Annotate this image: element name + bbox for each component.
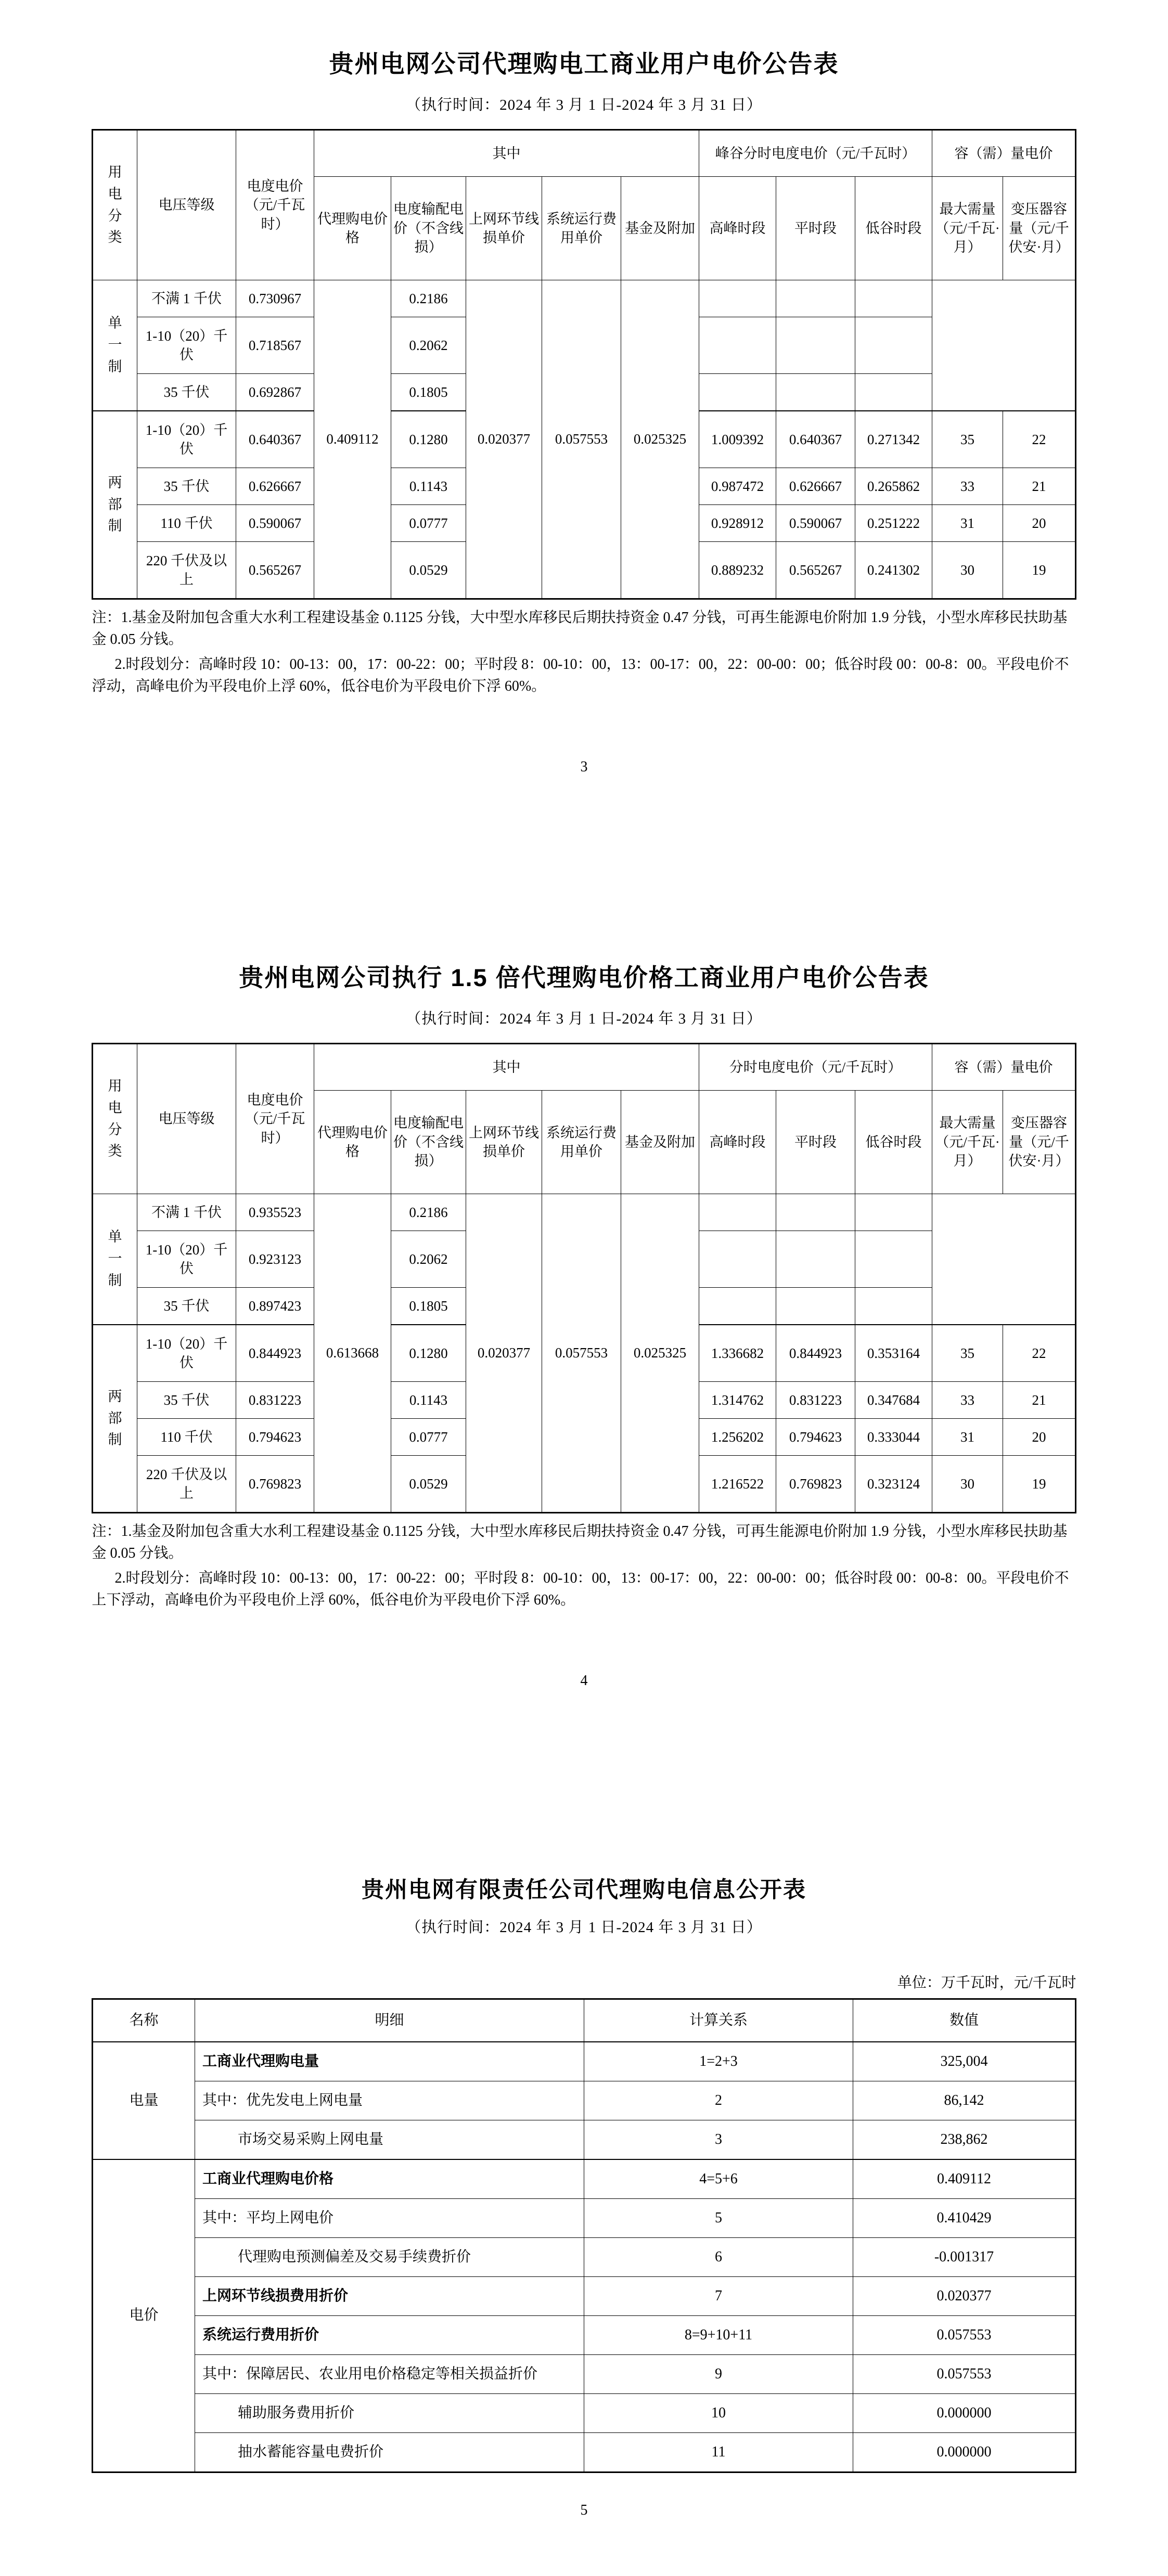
note-1: 注：1.基金及附加包含重大水利工程建设基金 0.1125 分钱，大中型水库移民后… bbox=[92, 1521, 1076, 1564]
cell-value: 0.057553 bbox=[853, 2355, 1076, 2394]
th-valley: 低谷时段 bbox=[855, 177, 932, 280]
cell-demand: 35 bbox=[932, 411, 1003, 468]
cell-flat: 0.831223 bbox=[776, 1382, 855, 1419]
cell-voltage: 不满 1 千伏 bbox=[137, 1194, 236, 1231]
cell-td: 0.0529 bbox=[391, 542, 466, 599]
group-single: 单一制 bbox=[92, 280, 137, 411]
cell-voltage: 110 千伏 bbox=[137, 505, 236, 542]
cell-value: 0.020377 bbox=[853, 2277, 1076, 2316]
cell-demand: 30 bbox=[932, 1456, 1003, 1513]
cell-peak: 0.928912 bbox=[699, 505, 776, 542]
cell-price: 0.831223 bbox=[236, 1382, 314, 1419]
cell-valley: 0.323124 bbox=[855, 1456, 932, 1513]
cell-detail: 市场交易采购上网电量 bbox=[195, 2120, 584, 2160]
cell-transformer: 21 bbox=[1003, 468, 1076, 505]
cell-value: 0.057553 bbox=[853, 2316, 1076, 2355]
cell-voltage: 1-10（20）千伏 bbox=[137, 411, 236, 468]
cell-value: -0.001317 bbox=[853, 2238, 1076, 2277]
cell-relation: 7 bbox=[584, 2277, 853, 2316]
th-user-class: 用电分类 bbox=[92, 130, 137, 280]
cell-value: 86,142 bbox=[853, 2081, 1076, 2120]
cell-peak: 1.009392 bbox=[699, 411, 776, 468]
info-table: 名称 明细 计算关系 数值 电量 工商业代理购电量 1=2+3 325,004 … bbox=[92, 1998, 1076, 2473]
th-voltage: 电压等级 bbox=[137, 1044, 236, 1194]
price-table-2: 用电分类 电压等级 电度电价（元/千瓦时） 其中 分时电度电价（元/千瓦时） 容… bbox=[92, 1043, 1076, 1513]
unit-label: 单位：万千瓦时，元/千瓦时 bbox=[92, 1971, 1076, 1992]
table1-subtitle: （执行时间：2024 年 3 月 1 日-2024 年 3 月 31 日） bbox=[0, 93, 1168, 114]
th-name: 名称 bbox=[93, 1999, 195, 2042]
cell-td: 0.0529 bbox=[391, 1456, 466, 1513]
cell-valley bbox=[855, 374, 932, 411]
cell-peak: 1.314762 bbox=[699, 1382, 776, 1419]
th-voltage: 电压等级 bbox=[137, 130, 236, 280]
cell-demand: 30 bbox=[932, 542, 1003, 599]
cell-valley: 0.347684 bbox=[855, 1382, 932, 1419]
cell-value: 0.410429 bbox=[853, 2199, 1076, 2238]
cell-demand: 31 bbox=[932, 1419, 1003, 1456]
cell-price: 0.730967 bbox=[236, 280, 314, 317]
cell-valley bbox=[855, 317, 932, 374]
th-fund: 基金及附加 bbox=[621, 177, 699, 280]
cell-price: 0.590067 bbox=[236, 505, 314, 542]
th-agency-price: 代理购电价格 bbox=[314, 1091, 391, 1194]
cell-valley: 0.251222 bbox=[855, 505, 932, 542]
cell-demand: 33 bbox=[932, 1382, 1003, 1419]
cell-transformer: 20 bbox=[1003, 1419, 1076, 1456]
table1-title: 贵州电网公司代理购电工商业用户电价公告表 bbox=[0, 45, 1168, 80]
cell-sysop-merged: 0.057553 bbox=[542, 1194, 621, 1513]
cell-peak bbox=[699, 1194, 776, 1231]
cell-voltage: 1-10（20）千伏 bbox=[137, 1231, 236, 1288]
cell-capacity-empty bbox=[932, 1194, 1076, 1325]
cell-peak: 0.987472 bbox=[699, 468, 776, 505]
cell-td: 0.2062 bbox=[391, 317, 466, 374]
cell-detail: 工商业代理购电量 bbox=[195, 2042, 584, 2081]
cell-detail: 系统运行费用折价 bbox=[195, 2316, 584, 2355]
cell-transformer: 19 bbox=[1003, 1456, 1076, 1513]
group-energy: 电量 bbox=[93, 2042, 195, 2159]
th-sys-op: 系统运行费用单价 bbox=[542, 1091, 621, 1194]
cell-voltage: 1-10（20）千伏 bbox=[137, 317, 236, 374]
cell-voltage: 220 千伏及以上 bbox=[137, 542, 236, 599]
page-number-3: 3 bbox=[0, 759, 1168, 775]
cell-valley bbox=[855, 1288, 932, 1325]
cell-peak bbox=[699, 1231, 776, 1288]
cell-relation: 8=9+10+11 bbox=[584, 2316, 853, 2355]
price-table-1: 用电分类 电压等级 电度电价（元/千瓦时） 其中 峰谷分时电度电价（元/千瓦时）… bbox=[92, 129, 1076, 600]
cell-peak bbox=[699, 374, 776, 411]
cell-detail: 辅助服务费用折价 bbox=[195, 2394, 584, 2433]
cell-flat: 0.565267 bbox=[776, 542, 855, 599]
cell-flat: 0.626667 bbox=[776, 468, 855, 505]
cell-demand: 31 bbox=[932, 505, 1003, 542]
note-2: 2.时段划分：高峰时段 10：00-13：00，17：00-22：00；平时段 … bbox=[92, 654, 1076, 697]
th-energy-price: 电度电价（元/千瓦时） bbox=[236, 1044, 314, 1194]
cell-flat bbox=[776, 1194, 855, 1231]
cell-td: 0.1143 bbox=[391, 468, 466, 505]
cell-sysop-merged: 0.057553 bbox=[542, 280, 621, 599]
note-1: 注：1.基金及附加包含重大水利工程建设基金 0.1125 分钱，大中型水库移民后… bbox=[92, 607, 1076, 651]
cell-fund-merged: 0.025325 bbox=[621, 1194, 699, 1513]
cell-valley: 0.333044 bbox=[855, 1419, 932, 1456]
cell-flat bbox=[776, 280, 855, 317]
page-number-4: 4 bbox=[0, 1673, 1168, 1689]
th-sys-op: 系统运行费用单价 bbox=[542, 177, 621, 280]
cell-flat: 0.769823 bbox=[776, 1456, 855, 1513]
th-valley: 低谷时段 bbox=[855, 1091, 932, 1194]
cell-td: 0.1143 bbox=[391, 1382, 466, 1419]
th-td-price: 电度输配电价（不含线损） bbox=[391, 1091, 466, 1194]
cell-voltage: 不满 1 千伏 bbox=[137, 280, 236, 317]
cell-lineloss-merged: 0.020377 bbox=[466, 280, 542, 599]
cell-detail: 上网环节线损费用折价 bbox=[195, 2277, 584, 2316]
cell-peak: 1.256202 bbox=[699, 1419, 776, 1456]
cell-voltage: 1-10（20）千伏 bbox=[137, 1325, 236, 1382]
cell-voltage: 35 千伏 bbox=[137, 374, 236, 411]
cell-peak: 1.216522 bbox=[699, 1456, 776, 1513]
cell-agency-merged: 0.409112 bbox=[314, 280, 391, 599]
cell-relation: 10 bbox=[584, 2394, 853, 2433]
th-flat: 平时段 bbox=[776, 1091, 855, 1194]
cell-valley bbox=[855, 1231, 932, 1288]
cell-price: 0.844923 bbox=[236, 1325, 314, 1382]
cell-value: 325,004 bbox=[853, 2042, 1076, 2081]
cell-voltage: 35 千伏 bbox=[137, 1288, 236, 1325]
cell-relation: 11 bbox=[584, 2433, 853, 2473]
cell-capacity-empty bbox=[932, 280, 1076, 411]
cell-relation: 5 bbox=[584, 2199, 853, 2238]
cell-flat: 0.844923 bbox=[776, 1325, 855, 1382]
cell-flat bbox=[776, 374, 855, 411]
cell-value: 0.000000 bbox=[853, 2433, 1076, 2473]
table3-title: 贵州电网有限责任公司代理购电信息公开表 bbox=[0, 1872, 1168, 1904]
cell-price: 0.640367 bbox=[236, 411, 314, 468]
th-flat: 平时段 bbox=[776, 177, 855, 280]
cell-transformer: 21 bbox=[1003, 1382, 1076, 1419]
cell-td: 0.2186 bbox=[391, 280, 466, 317]
cell-td: 0.2062 bbox=[391, 1231, 466, 1288]
th-capacity-group: 容（需）量电价 bbox=[932, 130, 1076, 177]
cell-price: 0.626667 bbox=[236, 468, 314, 505]
cell-price: 0.794623 bbox=[236, 1419, 314, 1456]
th-fund: 基金及附加 bbox=[621, 1091, 699, 1194]
th-max-demand: 最大需量（元/千瓦·月） bbox=[932, 1091, 1003, 1194]
page-number-5: 5 bbox=[0, 2502, 1168, 2576]
cell-transformer: 22 bbox=[1003, 411, 1076, 468]
group-two-part: 两部制 bbox=[92, 411, 137, 599]
th-detail: 明细 bbox=[195, 1999, 584, 2042]
cell-voltage: 110 千伏 bbox=[137, 1419, 236, 1456]
cell-peak bbox=[699, 280, 776, 317]
cell-relation: 9 bbox=[584, 2355, 853, 2394]
th-capacity-group: 容（需）量电价 bbox=[932, 1044, 1076, 1091]
cell-fund-merged: 0.025325 bbox=[621, 280, 699, 599]
cell-td: 0.1280 bbox=[391, 411, 466, 468]
cell-agency-merged: 0.613668 bbox=[314, 1194, 391, 1513]
cell-flat bbox=[776, 1231, 855, 1288]
cell-price: 0.692867 bbox=[236, 374, 314, 411]
cell-td: 0.2186 bbox=[391, 1194, 466, 1231]
cell-flat bbox=[776, 317, 855, 374]
cell-value: 0.409112 bbox=[853, 2159, 1076, 2199]
cell-td: 0.1805 bbox=[391, 374, 466, 411]
th-among: 其中 bbox=[314, 1044, 699, 1091]
cell-voltage: 35 千伏 bbox=[137, 468, 236, 505]
table2-title: 贵州电网公司执行 1.5 倍代理购电价格工商业用户电价公告表 bbox=[0, 959, 1168, 993]
cell-price: 0.718567 bbox=[236, 317, 314, 374]
cell-detail: 代理购电预测偏差及交易手续费折价 bbox=[195, 2238, 584, 2277]
th-peak: 高峰时段 bbox=[699, 1091, 776, 1194]
cell-td: 0.1280 bbox=[391, 1325, 466, 1382]
cell-detail: 其中：优先发电上网电量 bbox=[195, 2081, 584, 2120]
table1-notes: 注：1.基金及附加包含重大水利工程建设基金 0.1125 分钱，大中型水库移民后… bbox=[92, 607, 1076, 697]
cell-demand: 35 bbox=[932, 1325, 1003, 1382]
cell-detail: 工商业代理购电价格 bbox=[195, 2159, 584, 2199]
cell-relation: 3 bbox=[584, 2120, 853, 2160]
cell-valley bbox=[855, 1194, 932, 1231]
cell-voltage: 35 千伏 bbox=[137, 1382, 236, 1419]
group-price: 电价 bbox=[93, 2159, 195, 2473]
cell-valley: 0.265862 bbox=[855, 468, 932, 505]
cell-voltage: 220 千伏及以上 bbox=[137, 1456, 236, 1513]
cell-flat: 0.640367 bbox=[776, 411, 855, 468]
cell-price: 0.923123 bbox=[236, 1231, 314, 1288]
cell-relation: 2 bbox=[584, 2081, 853, 2120]
group-two-part: 两部制 bbox=[92, 1325, 137, 1513]
cell-relation: 6 bbox=[584, 2238, 853, 2277]
cell-peak bbox=[699, 317, 776, 374]
cell-td: 0.0777 bbox=[391, 1419, 466, 1456]
cell-flat: 0.794623 bbox=[776, 1419, 855, 1456]
th-among: 其中 bbox=[314, 130, 699, 177]
cell-transformer: 20 bbox=[1003, 505, 1076, 542]
table2-subtitle: （执行时间：2024 年 3 月 1 日-2024 年 3 月 31 日） bbox=[0, 1007, 1168, 1028]
cell-value: 0.000000 bbox=[853, 2394, 1076, 2433]
table3-subtitle: （执行时间：2024 年 3 月 1 日-2024 年 3 月 31 日） bbox=[0, 1915, 1168, 1937]
cell-lineloss-merged: 0.020377 bbox=[466, 1194, 542, 1513]
th-line-loss: 上网环节线损单价 bbox=[466, 177, 542, 280]
table2-notes: 注：1.基金及附加包含重大水利工程建设基金 0.1125 分钱，大中型水库移民后… bbox=[92, 1521, 1076, 1611]
cell-transformer: 22 bbox=[1003, 1325, 1076, 1382]
cell-relation: 1=2+3 bbox=[584, 2042, 853, 2081]
cell-valley: 0.271342 bbox=[855, 411, 932, 468]
cell-detail: 抽水蓄能容量电费折价 bbox=[195, 2433, 584, 2473]
cell-demand: 33 bbox=[932, 468, 1003, 505]
th-value: 数值 bbox=[853, 1999, 1076, 2042]
cell-detail: 其中：保障居民、农业用电价格稳定等相关损益折价 bbox=[195, 2355, 584, 2394]
th-tou-group: 分时电度电价（元/千瓦时） bbox=[699, 1044, 932, 1091]
th-tou-group: 峰谷分时电度电价（元/千瓦时） bbox=[699, 130, 932, 177]
th-peak: 高峰时段 bbox=[699, 177, 776, 280]
cell-flat bbox=[776, 1288, 855, 1325]
cell-detail: 其中：平均上网电价 bbox=[195, 2199, 584, 2238]
cell-price: 0.769823 bbox=[236, 1456, 314, 1513]
cell-transformer: 19 bbox=[1003, 542, 1076, 599]
cell-td: 0.0777 bbox=[391, 505, 466, 542]
cell-peak bbox=[699, 1288, 776, 1325]
cell-price: 0.935523 bbox=[236, 1194, 314, 1231]
cell-valley bbox=[855, 280, 932, 317]
document-page: 贵州电网公司代理购电工商业用户电价公告表 （执行时间：2024 年 3 月 1 … bbox=[0, 0, 1168, 2576]
cell-value: 238,862 bbox=[853, 2120, 1076, 2160]
th-transformer: 变压器容量（元/千伏安·月） bbox=[1003, 1091, 1076, 1194]
th-max-demand: 最大需量（元/千瓦·月） bbox=[932, 177, 1003, 280]
cell-td: 0.1805 bbox=[391, 1288, 466, 1325]
cell-relation: 4=5+6 bbox=[584, 2159, 853, 2199]
th-agency-price: 代理购电价格 bbox=[314, 177, 391, 280]
cell-flat: 0.590067 bbox=[776, 505, 855, 542]
cell-valley: 0.353164 bbox=[855, 1325, 932, 1382]
th-user-class: 用电分类 bbox=[92, 1044, 137, 1194]
th-energy-price: 电度电价（元/千瓦时） bbox=[236, 130, 314, 280]
cell-price: 0.897423 bbox=[236, 1288, 314, 1325]
th-td-price: 电度输配电价（不含线损） bbox=[391, 177, 466, 280]
cell-valley: 0.241302 bbox=[855, 542, 932, 599]
group-single: 单一制 bbox=[92, 1194, 137, 1325]
th-line-loss: 上网环节线损单价 bbox=[466, 1091, 542, 1194]
cell-price: 0.565267 bbox=[236, 542, 314, 599]
th-transformer: 变压器容量（元/千伏安·月） bbox=[1003, 177, 1076, 280]
note-2: 2.时段划分：高峰时段 10：00-13：00，17：00-22：00；平时段 … bbox=[92, 1568, 1076, 1611]
cell-peak: 1.336682 bbox=[699, 1325, 776, 1382]
cell-peak: 0.889232 bbox=[699, 542, 776, 599]
th-relation: 计算关系 bbox=[584, 1999, 853, 2042]
